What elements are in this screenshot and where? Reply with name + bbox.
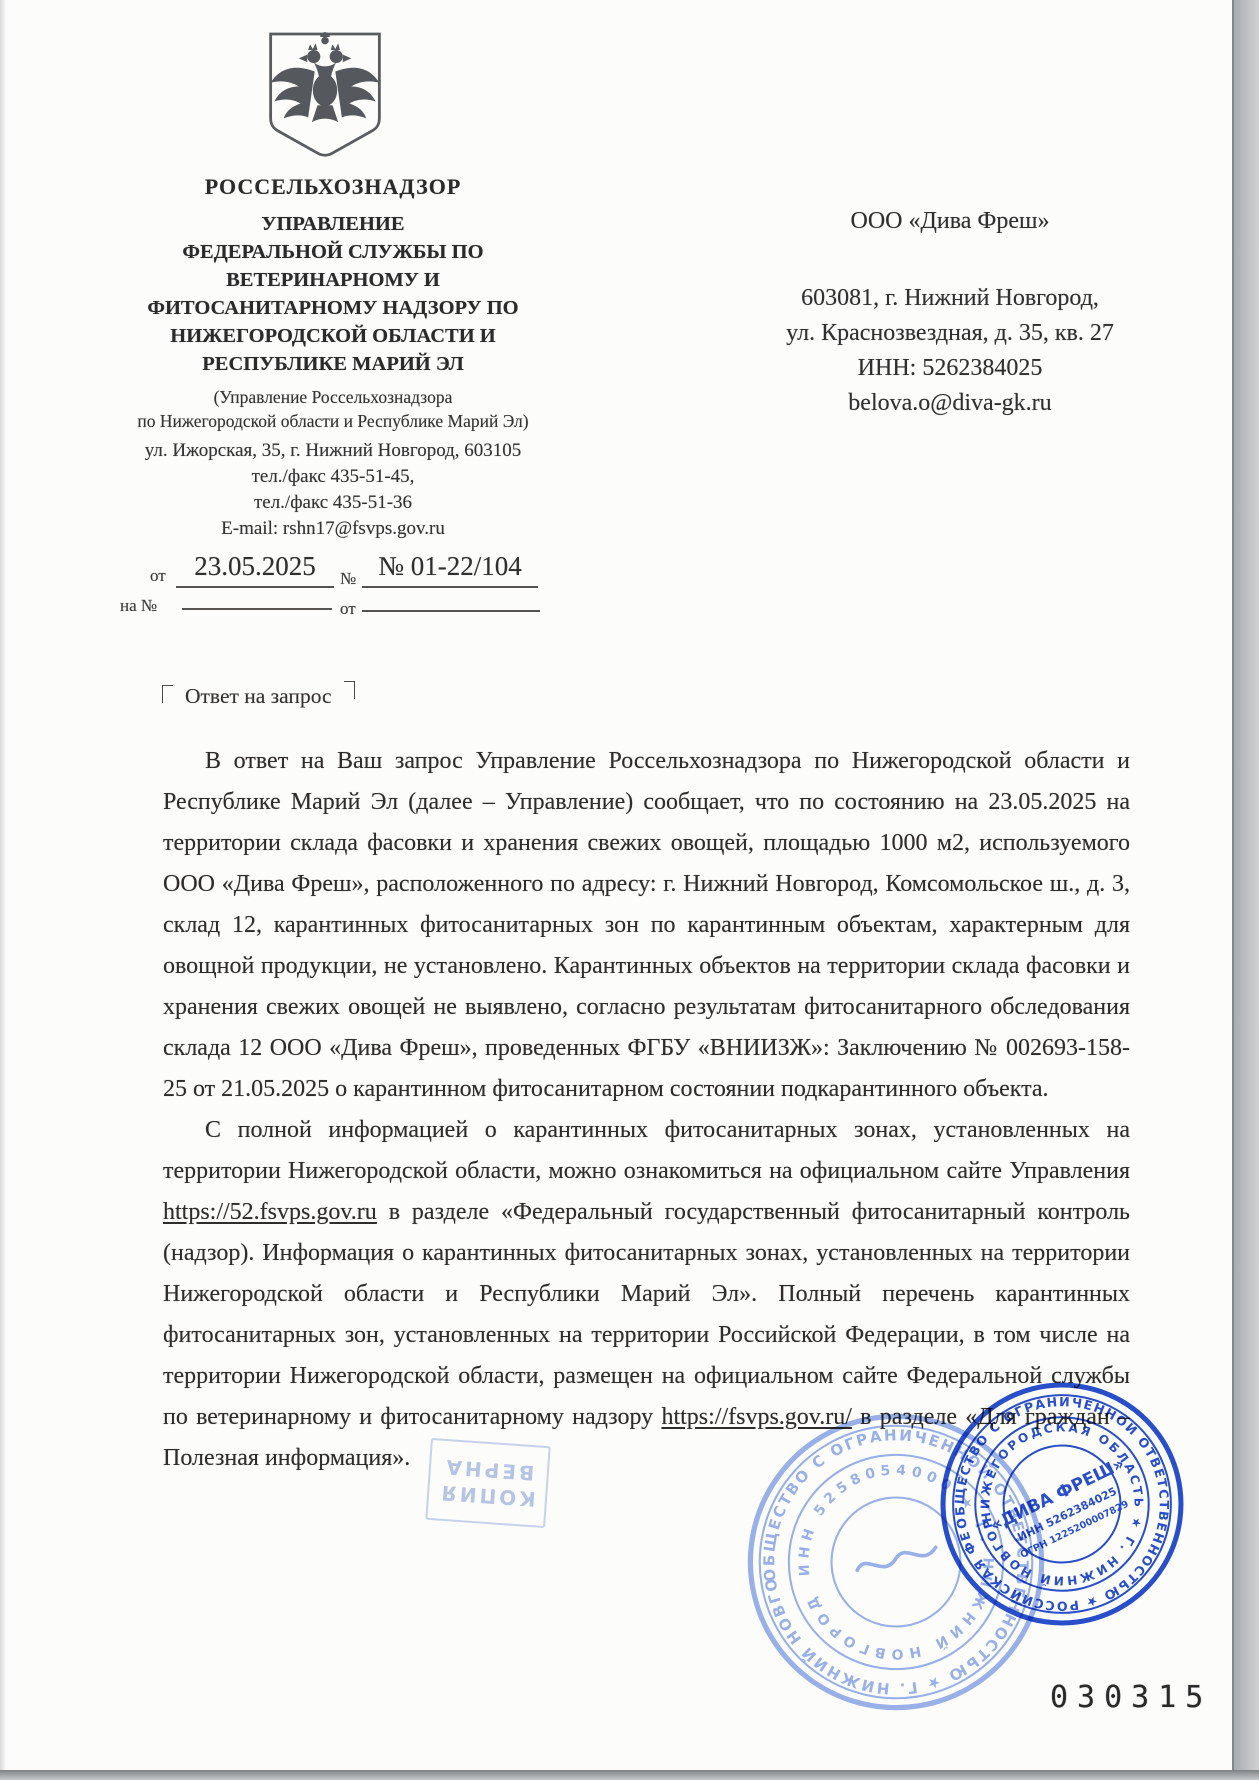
letter-body: В ответ на Ваш запрос Управление Россель…	[163, 741, 1130, 1479]
ref-from-label: от	[150, 566, 166, 586]
ref-replyto-label: на №	[120, 596, 157, 616]
ref-date-value: 23.05.2025	[176, 551, 334, 582]
double-headed-eagle-icon	[271, 32, 380, 122]
agency-address: ул. Ижорская, 35, г. Нижний Новгород, 60…	[118, 438, 548, 464]
alias-line: по Нижегородской области и Республике Ма…	[118, 409, 548, 433]
recipient-street: ул. Краснозвездная, д. 35, кв. 27	[740, 316, 1160, 351]
department-line: ФЕДЕРАЛЬНОЙ СЛУЖБЫ ПО	[118, 238, 548, 266]
ref-replyfrom-label: от	[340, 599, 356, 619]
department-line: НИЖЕГОРОДСКОЙ ОБЛАСТИ И	[118, 322, 548, 350]
scan-edge-left	[0, 0, 6, 1780]
ref-number-label: №	[340, 569, 356, 589]
recipient-inn: ИНН: 5262384025	[740, 351, 1160, 386]
agency-phone2: тел./факс 435-51-36	[118, 490, 548, 516]
subject-line: Ответ на запрос	[162, 681, 355, 709]
recipient-email: belova.o@diva-gk.ru	[740, 386, 1160, 421]
copy-stamp: КОПИЯ ВЕРНА	[425, 1438, 550, 1528]
recipient-postal: 603081, г. Нижний Новгород,	[740, 281, 1160, 316]
ref-number-underline	[362, 586, 538, 588]
link-52-fsvps[interactable]: https://52.fsvps.gov.ru	[163, 1199, 377, 1225]
scan-edge-right	[1232, 0, 1259, 1780]
scanned-letter-page: РОССЕЛЬХОЗНАДЗОР УПРАВЛЕНИЕ ФЕДЕРАЛЬНОЙ …	[0, 0, 1259, 1780]
subject-text: Ответ на запрос	[185, 684, 332, 709]
department-line: УПРАВЛЕНИЕ	[118, 210, 548, 238]
alias-line: (Управление Россельхознадзора	[118, 385, 548, 409]
ref-replyfrom-underline	[362, 610, 540, 612]
agency-contacts: ул. Ижорская, 35, г. Нижний Новгород, 60…	[118, 438, 548, 542]
seal-ring	[930, 1372, 1194, 1636]
ref-number-value: № 01-22/104	[362, 551, 538, 582]
coat-of-arms-emblem	[250, 28, 400, 160]
agency-email: E-mail: rshn17@fsvps.gov.ru	[118, 516, 548, 542]
department-name: УПРАВЛЕНИЕ ФЕДЕРАЛЬНОЙ СЛУЖБЫ ПО ВЕТЕРИН…	[118, 210, 548, 378]
body-p2-seg1: С полной информацией о карантинных фитос…	[163, 1117, 1130, 1184]
agency-phone1: тел./факс 435-51-45,	[118, 464, 548, 490]
corner-bracket-right-icon	[344, 681, 355, 699]
agency-alias: (Управление Россельхознадзора по Нижегор…	[118, 385, 548, 433]
department-line: РЕСПУБЛИКЕ МАРИЙ ЭЛ	[118, 350, 548, 378]
page-number-stamp: 030315	[1050, 1680, 1212, 1715]
ref-replyto-underline	[182, 608, 332, 610]
corner-bracket-left-icon	[162, 685, 173, 703]
recipient-name: ООО «Дива Фреш»	[740, 206, 1160, 236]
scan-edge-bottom	[0, 1770, 1259, 1780]
recipient-gap	[740, 236, 1160, 281]
recipient-block: ООО «Дива Фреш» 603081, г. Нижний Новгор…	[740, 206, 1160, 421]
body-paragraph-1: В ответ на Ваш запрос Управление Россель…	[163, 741, 1130, 1110]
department-line: ФИТОСАНИТАРНОМУ НАДЗОРУ ПО	[118, 294, 548, 322]
letterhead: РОССЕЛЬХОЗНАДЗОР УПРАВЛЕНИЕ ФЕДЕРАЛЬНОЙ …	[118, 28, 548, 542]
ref-date-underline	[176, 586, 334, 588]
agency-name: РОССЕЛЬХОЗНАДЗОР	[118, 174, 548, 200]
seal-center-signature-squiggle	[856, 1547, 938, 1571]
department-line: ВЕТЕРИНАРНОМУ И	[118, 266, 548, 294]
